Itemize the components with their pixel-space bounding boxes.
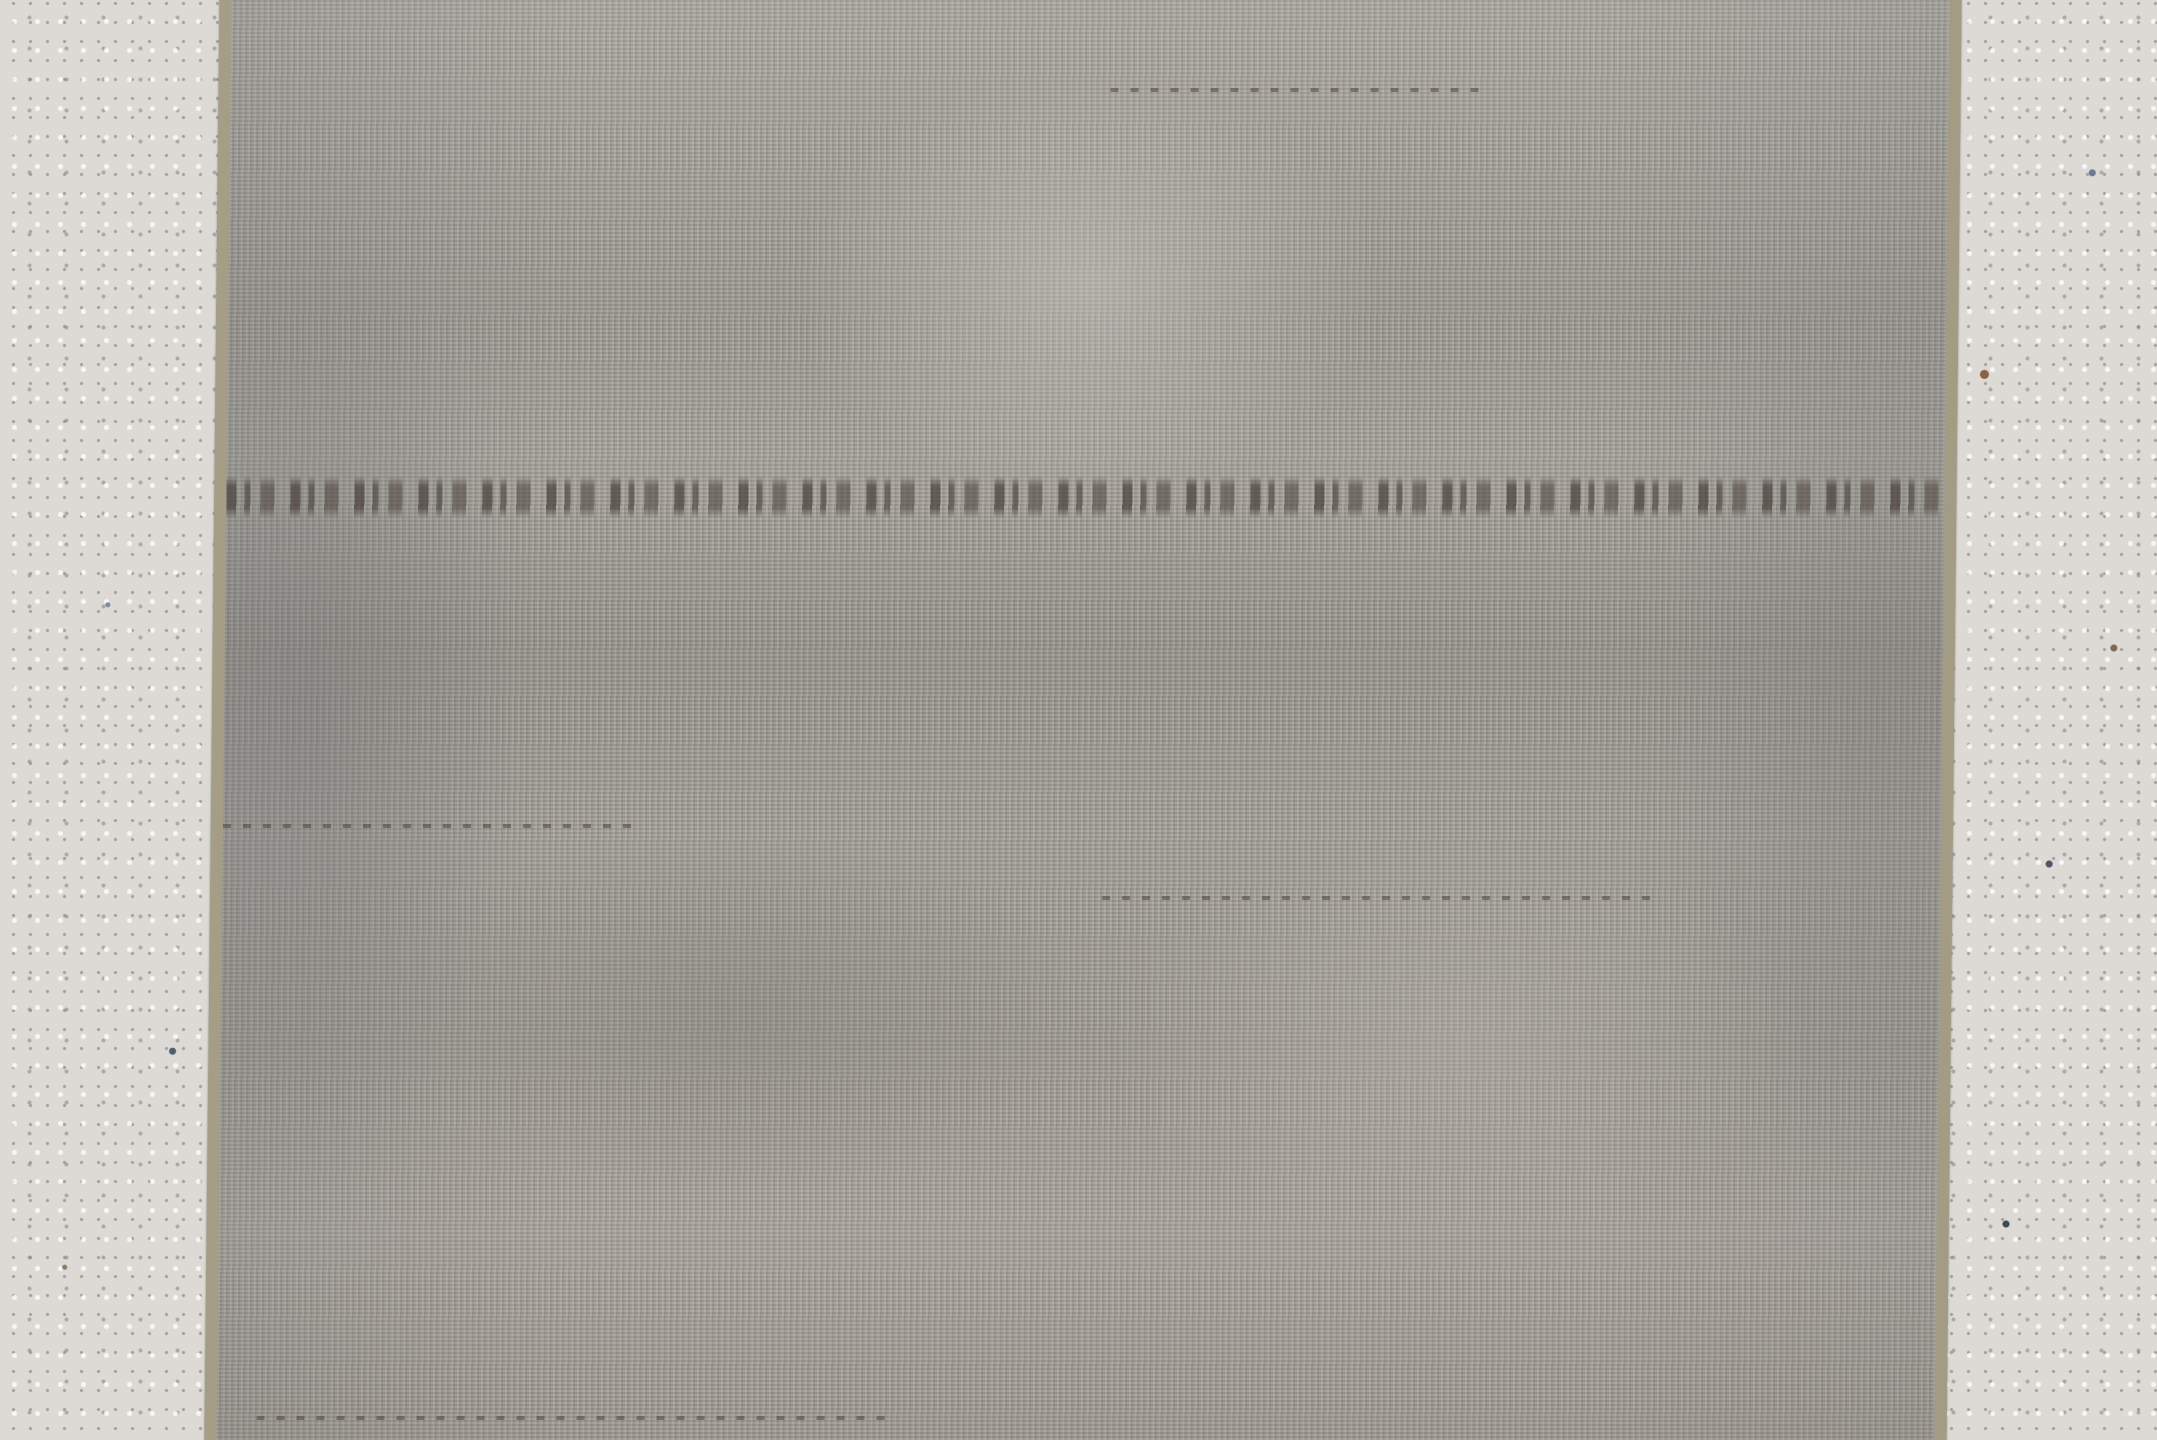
rug-faint-motif-line xyxy=(1102,896,1662,900)
rug xyxy=(204,0,1961,1440)
rug-geometric-motif-band xyxy=(226,476,1944,518)
rug-faded-medallion-shading xyxy=(216,0,1949,1440)
rug-faint-motif-line xyxy=(257,1416,897,1420)
rug-faint-motif-line xyxy=(1111,88,1491,92)
rug-faint-motif-line xyxy=(223,824,643,828)
